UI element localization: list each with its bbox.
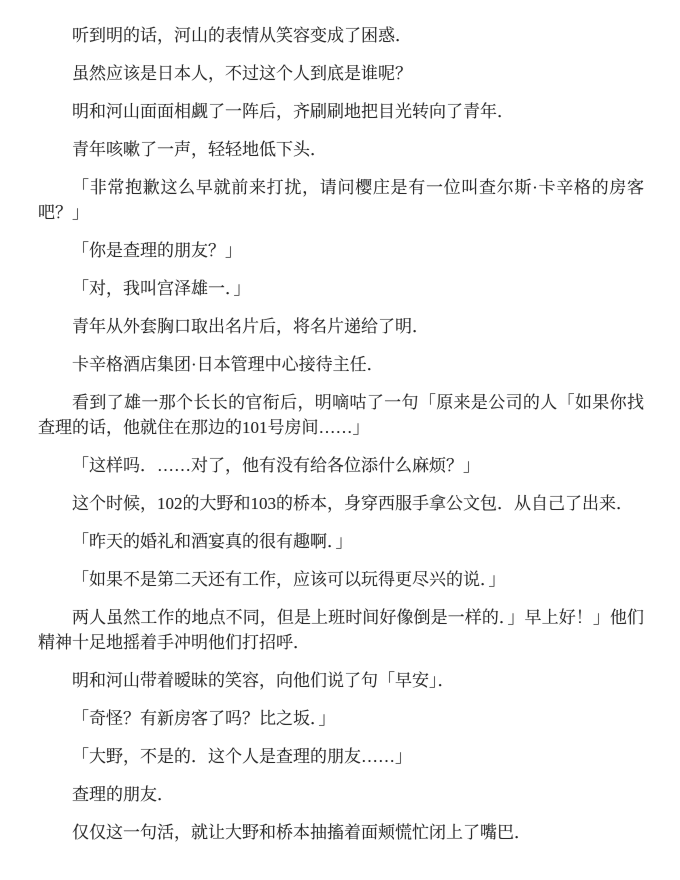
- paragraph-19: 查理的朋友．: [38, 782, 644, 807]
- paragraph-14: 「如果不是第二天还有工作，应该可以玩得更尽兴的说．」: [38, 567, 644, 592]
- paragraph-18: 「大野，不是的．这个人是查理的朋友……」: [38, 744, 644, 769]
- paragraph-15: 两人虽然工作的地点不同，但是上班时间好像倒是一样的．」早上好！」他们精神十足地摇…: [38, 605, 644, 655]
- paragraph-2: 虽然应该是日本人，不过这个人到底是谁呢？: [38, 61, 644, 86]
- paragraph-9: 卡辛格酒店集团·日本管理中心接待主任．: [38, 352, 644, 377]
- paragraph-20: 仅仅这一句活，就让大野和桥本抽搐着面颊慌忙闭上了嘴巴．: [38, 820, 644, 845]
- paragraph-10: 看到了雄一那个长长的官衔后，明嘀咕了一句「原来是公司的人「如果你找查理的话，他就…: [38, 390, 644, 440]
- paragraph-4: 青年咳嗽了一声，轻轻地低下头．: [38, 137, 644, 162]
- paragraph-16: 明和河山带着暧昧的笑容，向他们说了句「早安」．: [38, 668, 644, 693]
- paragraph-3: 明和河山面面相觑了一阵后，齐刷刷地把目光转向了青年．: [38, 99, 644, 124]
- document-page: 听到明的话，河山的表情从笑容变成了困惑． 虽然应该是日本人，不过这个人到底是谁呢…: [0, 0, 680, 880]
- paragraph-7: 「对，我叫宫泽雄一．」: [38, 276, 644, 301]
- paragraph-8: 青年从外套胸口取出名片后，将名片递给了明．: [38, 314, 644, 339]
- paragraph-1: 听到明的话，河山的表情从笑容变成了困惑．: [38, 23, 644, 48]
- paragraph-17: 「奇怪？有新房客了吗？比之坂．」: [38, 706, 644, 731]
- paragraph-5: 「非常抱歉这么早就前来打扰，请问樱庄是有一位叫查尔斯·卡辛格的房客吧？」: [38, 175, 644, 225]
- paragraph-11: 「这样吗．……对了，他有没有给各位添什么麻烦？」: [38, 453, 644, 478]
- paragraph-12: 这个时候，102的大野和103的桥本，身穿西服手拿公文包．从自己了出来．: [38, 491, 644, 516]
- paragraph-13: 「昨天的婚礼和酒宴真的很有趣啊．」: [38, 529, 644, 554]
- paragraph-6: 「你是查理的朋友？」: [38, 238, 644, 263]
